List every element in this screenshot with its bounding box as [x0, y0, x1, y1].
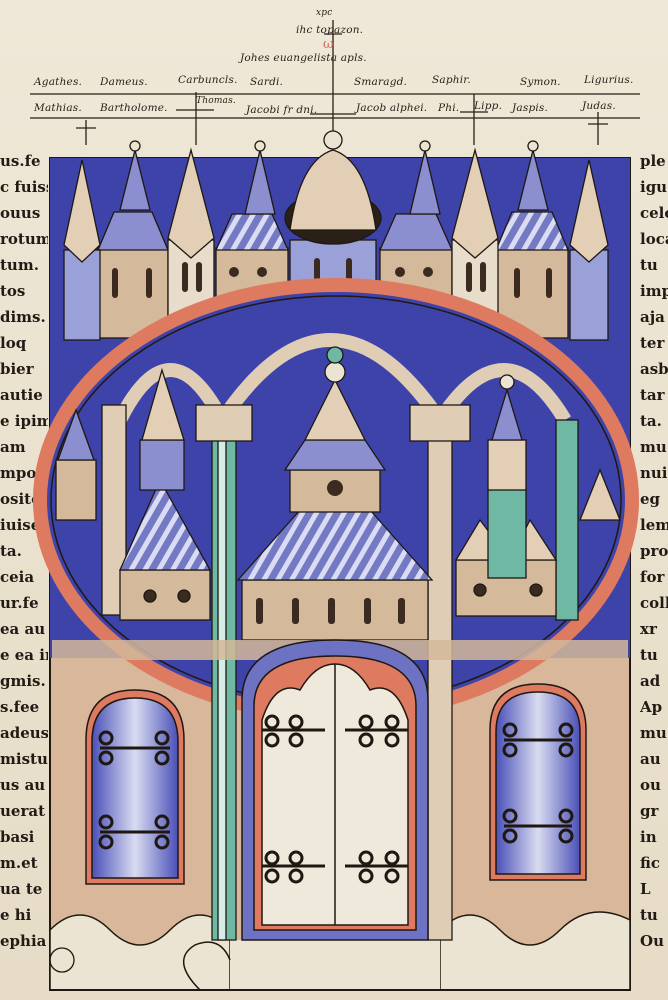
svg-text:ω: ω [323, 37, 334, 52]
right-door [490, 684, 586, 880]
main-gate [242, 640, 428, 940]
heavenly-jerusalem-illumination: ω [0, 0, 668, 1000]
inscription-rules [30, 20, 640, 145]
left-door [86, 690, 184, 884]
